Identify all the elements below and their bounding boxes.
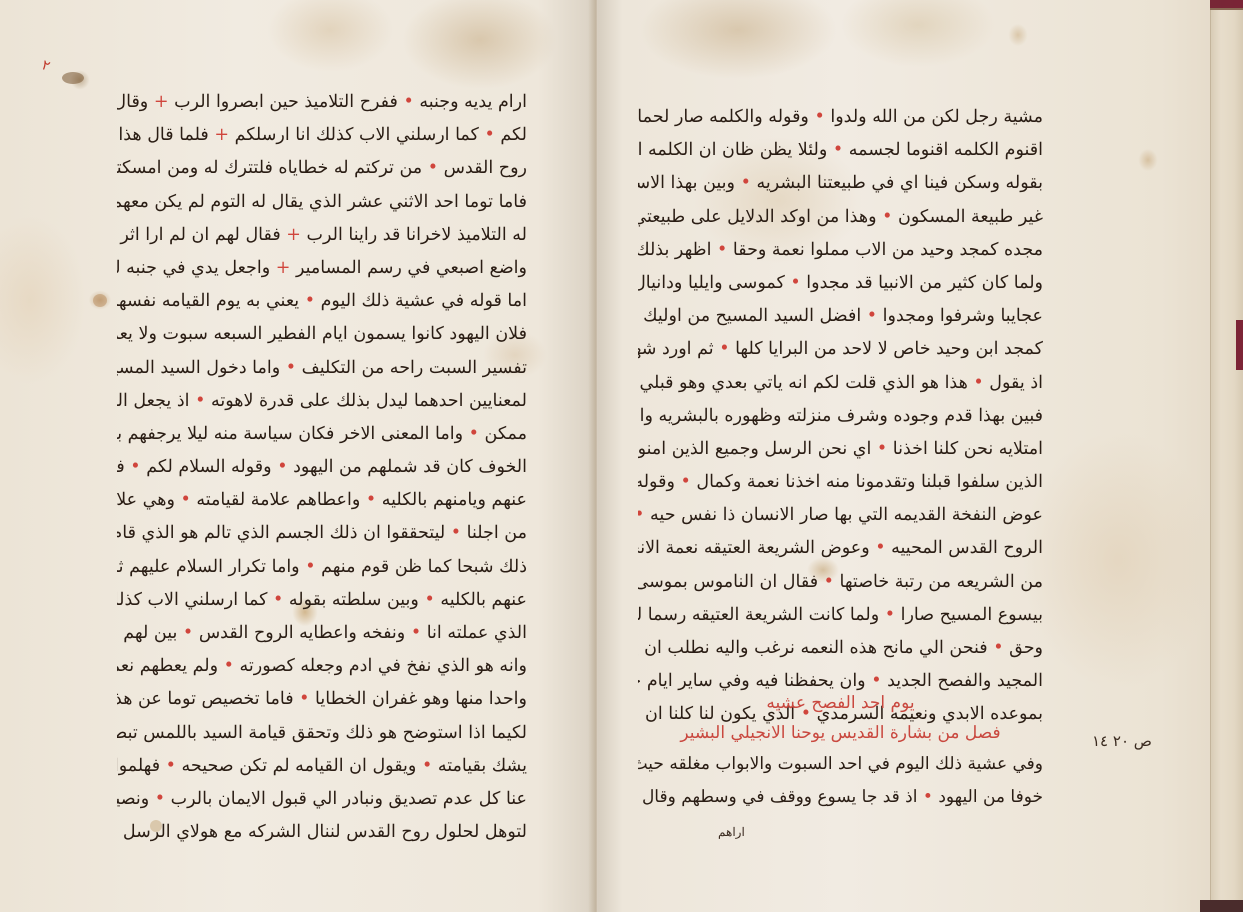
stain (93, 294, 107, 307)
red-dot-separator: • (923, 787, 933, 807)
text-line: لكم • كما ارسلني الاب كذلك انا ارسلكم + … (117, 119, 527, 152)
text-line: بقوله وسكن فينا اي في طبيعتنا البشريه • … (638, 167, 1043, 200)
red-cross-mark: + (276, 258, 291, 278)
red-dot-separator: • (993, 638, 1003, 658)
left-page: ٢ ارام يديه وجنبه • ففرح التلاميذ حين اب… (0, 0, 598, 912)
gospel-reading-text: وفي عشية ذلك اليوم في احد السبوت والابوا… (638, 748, 1043, 814)
stain (62, 72, 84, 84)
right-page: مشية رجل لكن من الله ولدوا • وقوله والكل… (598, 0, 1210, 912)
text-line: وانه هو الذي نفخ في ادم وجعله كصورته • و… (117, 650, 527, 683)
right-page-text: مشية رجل لكن من الله ولدوا • وقوله والكل… (638, 101, 1043, 732)
text-line: ارام يديه وجنبه • ففرح التلاميذ حين ابصر… (117, 86, 527, 119)
text-line: لمعنايين احدهما ليدل بذلك على قدرة لاهوت… (117, 385, 527, 418)
heading-line-day: يوم احد الفصح عشيه (638, 688, 1043, 718)
text-line: واحدا منها وهو غفران الخطايا • فاما تخصي… (117, 683, 527, 716)
text-line: يشك بقيامته • ويقول ان القيامه لم تكن صح… (117, 750, 527, 783)
catchword: اراهم (718, 825, 745, 839)
red-dot-separator: • (973, 373, 983, 393)
manuscript-spread: ٢ ارام يديه وجنبه • ففرح التلاميذ حين اب… (0, 0, 1243, 912)
text-line: غير طبيعة المسكون • وهذا من اوكد الدلايل… (638, 201, 1043, 234)
binding-corner-bottom (1200, 900, 1243, 912)
red-dot-separator: • (484, 125, 494, 145)
text-line: من اجلنا • ليتحققوا ان ذلك الجسم الذي تا… (117, 517, 527, 550)
text-line: الذين سلفوا قبلنا وتقدمونا منه اخذنا نعم… (638, 466, 1043, 499)
red-dot-separator: • (469, 424, 479, 444)
red-dot-separator: • (790, 273, 800, 293)
red-dot-separator: • (299, 689, 309, 709)
red-cross-mark: + (286, 225, 301, 245)
red-dot-separator: • (680, 472, 690, 492)
text-line: له التلاميذ لاخرانا قد راينا الرب + فقال… (117, 219, 527, 252)
red-dot-separator: • (305, 557, 315, 577)
text-line: اما قوله في عشية ذلك اليوم • يعني به يوم… (117, 285, 527, 318)
left-page-text: ارام يديه وجنبه • ففرح التلاميذ حين ابصر… (117, 86, 527, 849)
text-line: الذي عملته انا • ونفخه واعطايه الروح الق… (117, 617, 527, 650)
red-dot-separator: • (741, 173, 751, 193)
red-dot-separator: • (814, 107, 824, 127)
red-dot-separator: • (273, 590, 283, 610)
red-dot-separator: • (166, 756, 176, 776)
stain (150, 820, 162, 832)
red-dot-separator: • (403, 92, 413, 112)
text-line: عوض النفخة القديمه التي بها صار الانسان … (638, 499, 1043, 532)
text-line: امتلايه نحن كلنا اخذنا • اي نحن الرسل وج… (638, 433, 1043, 466)
text-line: مجده كمجد وحيد من الاب مملوا نعمة وحقا •… (638, 234, 1043, 267)
text-line: روح القدس • من تركتم له خطاياه فلتترك له… (117, 152, 527, 185)
red-dot-separator: • (719, 339, 729, 359)
text-line: فلان اليهود كانوا يسمون ايام الفطير السب… (117, 318, 527, 351)
red-dot-separator: • (877, 439, 887, 459)
text-line: عنهم ويامنهم بالكليه • واعطاهم علامة لقي… (117, 484, 527, 517)
red-dot-separator: • (428, 158, 438, 178)
red-dot-separator: • (824, 572, 834, 592)
text-line: ذلك شبحا كما ظن قوم منهم • واما تكرار ال… (117, 551, 527, 584)
heading-line-gospel: فصل من بشارة القديس يوحنا الانجيلي البشي… (638, 718, 1043, 748)
red-dot-separator: • (411, 623, 421, 643)
red-dot-separator: • (155, 789, 165, 809)
red-dot-separator: • (638, 505, 644, 525)
text-line: الروح القدس المحييه • وعوض الشريعة العتي… (638, 532, 1043, 565)
red-dot-separator: • (422, 756, 432, 776)
text-line: لتوهل لحلول روح القدس لننال الشركه مع هو… (117, 816, 527, 849)
red-dot-separator: • (224, 656, 234, 676)
text-line: وفي عشية ذلك اليوم في احد السبوت والابوا… (638, 748, 1043, 781)
text-line: كمجد ابن وحيد خاص لا لاحد من البرايا كله… (638, 333, 1043, 366)
red-dot-separator: • (277, 457, 287, 477)
margin-chapter-note: ص ٢٠ ١٤ (1092, 732, 1152, 750)
red-dot-separator: • (867, 306, 877, 326)
red-cross-mark: + (154, 92, 169, 112)
red-dot-separator: • (130, 457, 140, 477)
red-dot-separator: • (882, 207, 892, 227)
red-dot-separator: • (366, 490, 376, 510)
text-line: خوفا من اليهود • اذ قد جا يسوع ووقف في و… (638, 781, 1043, 814)
red-dot-separator: • (833, 140, 843, 160)
binding-corner (1236, 320, 1243, 370)
red-dot-separator: • (875, 538, 885, 558)
page-fore-edge (1210, 10, 1243, 912)
folio-mark: ٢ (39, 57, 52, 75)
text-line: اقنوم الكلمه اقنوما لجسمه • ولئلا يظن ظا… (638, 134, 1043, 167)
red-dot-separator: • (424, 590, 434, 610)
text-line: فاما توما احد الاثني عشر الذي يقال له ال… (117, 186, 527, 219)
text-line: بيسوع المسيح صارا • ولما كانت الشريعة ال… (638, 599, 1043, 632)
text-line: من الشريعه من رتبة خاصتها • فقال ان النا… (638, 566, 1043, 599)
text-line: عنا كل عدم تصديق ونبادر الي قبول الايمان… (117, 783, 527, 816)
red-dot-separator: • (305, 291, 315, 311)
text-line: ممكن • واما المعنى الاخر فكان سياسة منه … (117, 418, 527, 451)
text-line: لكيما اذا استوضح هو ذلك وتحقق قيامة السي… (117, 717, 527, 750)
text-line: عنهم بالكليه • وبين سلطته بقوله • كما ار… (117, 584, 527, 617)
text-line: تفسير السبت راحه من التكليف • واما دخول … (117, 352, 527, 385)
red-cross-mark: + (214, 125, 229, 145)
text-line: اذ يقول • هذا هو الذي قلت لكم انه ياتي ب… (638, 367, 1043, 400)
text-line: فبين بهذا قدم وجوده وشرف منزلته وظهوره ب… (638, 400, 1043, 433)
red-dot-separator: • (451, 523, 461, 543)
red-dot-separator: • (183, 623, 193, 643)
text-line: عجايبا وشرفوا ومجدوا • افضل السيد المسيح… (638, 300, 1043, 333)
rubric-heading: يوم احد الفصح عشيه فصل من بشارة القديس ي… (638, 688, 1043, 748)
text-line: ولما كان كثير من الانبيا قد مجدوا • كموس… (638, 267, 1043, 300)
text-line-with-rubric: واضع اصبعي في رسم المسامير + واجعل يدي ف… (117, 252, 527, 285)
text-line: وحق • فنحن الي مانح هذه النعمه نرغب والي… (638, 632, 1043, 665)
red-dot-separator: • (195, 391, 205, 411)
red-dot-separator: • (717, 240, 727, 260)
text-segment: واضع اصبعي في رسم المسامير + واجعل يدي ف… (117, 258, 527, 278)
red-dot-separator: • (286, 358, 296, 378)
text-line: مشية رجل لكن من الله ولدوا • وقوله والكل… (638, 101, 1043, 134)
text-line: الخوف كان قد شملهم من اليهود • وقوله الس… (117, 451, 527, 484)
red-dot-separator: • (180, 490, 190, 510)
red-dot-separator: • (885, 605, 895, 625)
